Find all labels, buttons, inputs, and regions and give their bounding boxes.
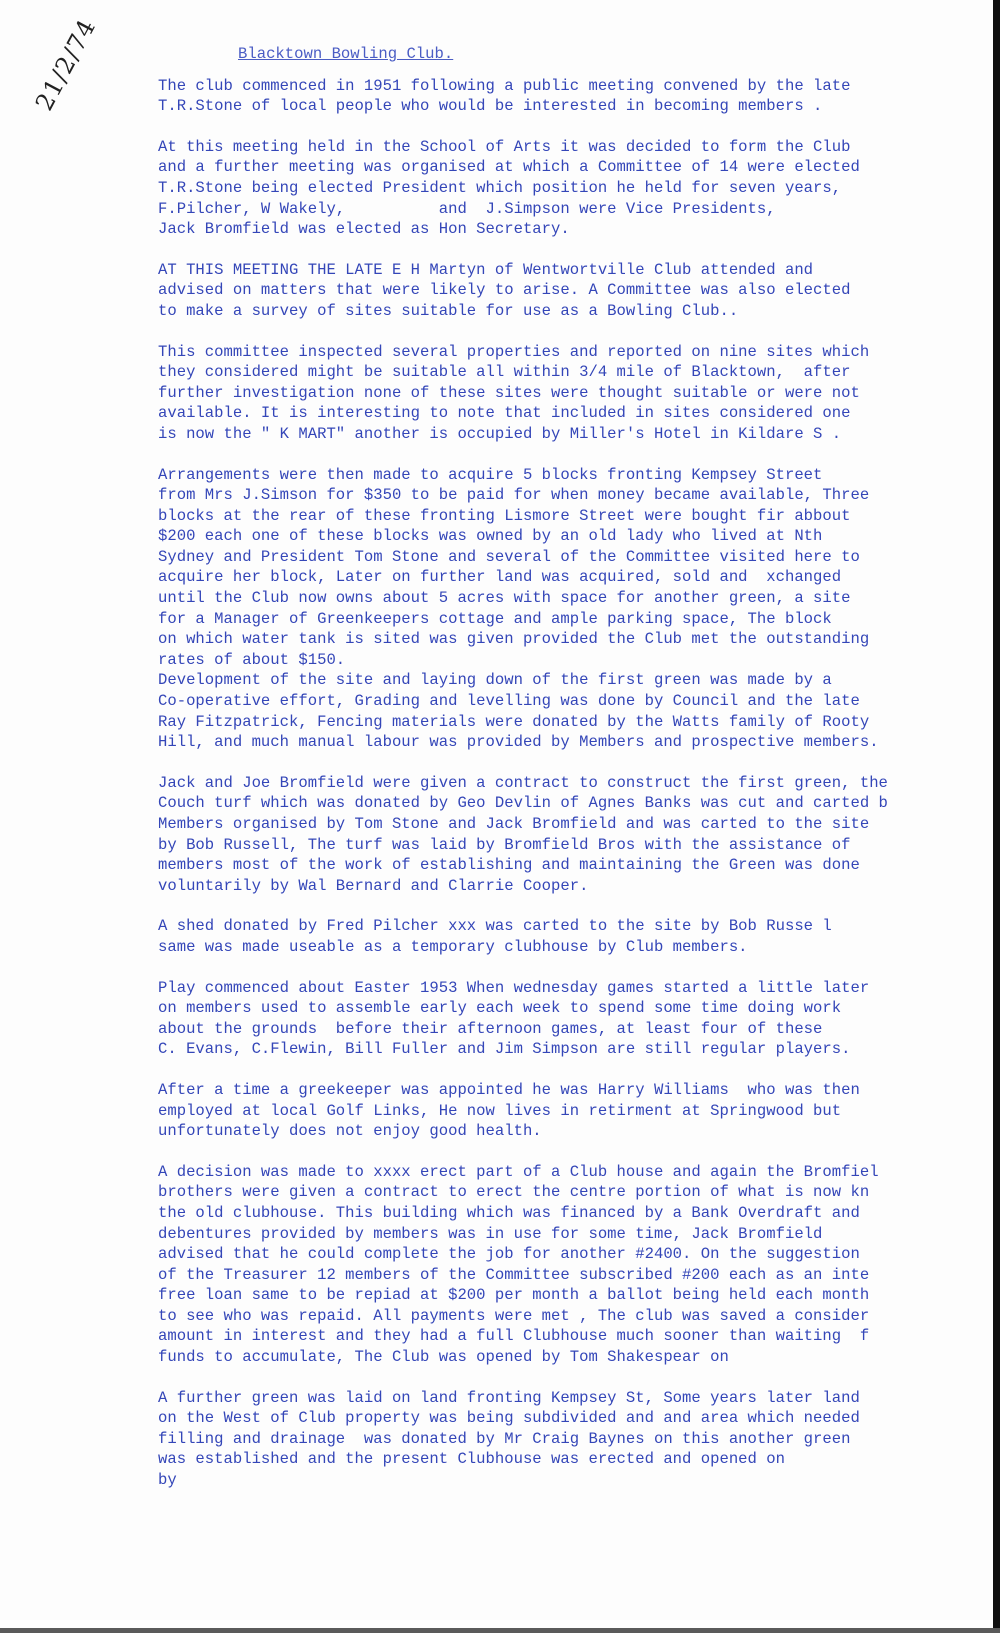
paragraph: This committee inspected several propert… (158, 342, 958, 445)
text-line: A decision was made to xxxx erect part o… (158, 1162, 958, 1183)
text-line: by (158, 1470, 958, 1491)
text-line: Arrangements were then made to acquire 5… (158, 465, 958, 486)
text-line: After a time a greekeeper was appointed … (158, 1080, 958, 1101)
text-line: voluntarily by Wal Bernard and Clarrie C… (158, 876, 958, 897)
text-line: free loan same to be repiad at $200 per … (158, 1285, 958, 1306)
text-line: At this meeting held in the School of Ar… (158, 137, 958, 158)
text-line: on the West of Club property was being s… (158, 1408, 958, 1429)
text-line: Development of the site and laying down … (158, 670, 958, 691)
text-line: F.Pilcher, W Wakely, and J.Simpson were … (158, 199, 958, 220)
text-line: was established and the present Clubhous… (158, 1449, 958, 1470)
paragraph: Arrangements were then made to acquire 5… (158, 465, 958, 671)
text-line: A further green was laid on land frontin… (158, 1388, 958, 1409)
text-line: blocks at the rear of these fronting Lis… (158, 506, 958, 527)
text-line: debentures provided by members was in us… (158, 1224, 958, 1245)
text-line: advised on matters that were likely to a… (158, 280, 958, 301)
text-line: about the grounds before their afternoon… (158, 1019, 958, 1040)
text-line: unfortunately does not enjoy good health… (158, 1121, 958, 1142)
text-line: C. Evans, C.Flewin, Bill Fuller and Jim … (158, 1039, 958, 1060)
text-line: from Mrs J.Simson for $350 to be paid fo… (158, 485, 958, 506)
text-line: and a further meeting was organised at w… (158, 157, 958, 178)
document-title: Blacktown Bowling Club. (238, 44, 958, 65)
text-line: employed at local Golf Links, He now liv… (158, 1101, 958, 1122)
text-line: members most of the work of establishing… (158, 855, 958, 876)
text-line: further investigation none of these site… (158, 383, 958, 404)
text-line: until the Club now owns about 5 acres wi… (158, 588, 958, 609)
text-line: same was made useable as a temporary clu… (158, 937, 958, 958)
document-body: The club commenced in 1951 following a p… (158, 76, 958, 1491)
paragraph: A shed donated by Fred Pilcher xxx was c… (158, 916, 958, 957)
text-line: brothers were given a contract to erect … (158, 1182, 958, 1203)
text-line: A shed donated by Fred Pilcher xxx was c… (158, 916, 958, 937)
text-line: Couch turf which was donated by Geo Devl… (158, 793, 958, 814)
text-line: of the Treasurer 12 members of the Commi… (158, 1265, 958, 1286)
text-line: filling and drainage was donated by Mr C… (158, 1429, 958, 1450)
text-line: AT THIS MEETING THE LATE E H Martyn of W… (158, 260, 958, 281)
text-line: Jack Bromfield was elected as Hon Secret… (158, 219, 958, 240)
paragraph: A further green was laid on land frontin… (158, 1388, 958, 1491)
text-line: for a Manager of Greenkeepers cottage an… (158, 609, 958, 630)
paragraph: At this meeting held in the School of Ar… (158, 137, 958, 240)
document-page: 21/2/74 Blacktown Bowling Club. The club… (0, 0, 990, 1628)
scan-edge-right (993, 0, 1000, 1633)
text-line: acquire her block, Later on further land… (158, 567, 958, 588)
text-line: The club commenced in 1951 following a p… (158, 76, 958, 97)
text-line: amount in interest and they had a full C… (158, 1326, 958, 1347)
typewritten-document: Blacktown Bowling Club. The club commenc… (158, 44, 958, 1511)
text-line: Hill, and much manual labour was provide… (158, 732, 958, 753)
text-line: by Bob Russell, The turf was laid by Bro… (158, 835, 958, 856)
text-line: on which water tank is sited was given p… (158, 629, 958, 650)
paragraph: Jack and Joe Bromfield were given a cont… (158, 773, 958, 897)
text-line: Sydney and President Tom Stone and sever… (158, 547, 958, 568)
paragraph: AT THIS MEETING THE LATE E H Martyn of W… (158, 260, 958, 322)
text-line: to make a survey of sites suitable for u… (158, 301, 958, 322)
text-line: on members used to assemble early each w… (158, 998, 958, 1019)
text-line: Ray Fitzpatrick, Fencing materials were … (158, 712, 958, 733)
paragraph: Development of the site and laying down … (158, 670, 958, 752)
text-line: available. It is interesting to note tha… (158, 403, 958, 424)
text-line: $200 each one of these blocks was owned … (158, 526, 958, 547)
paragraph: A decision was made to xxxx erect part o… (158, 1162, 958, 1368)
handwritten-date: 21/2/74 (30, 14, 101, 115)
text-line: is now the " K MART" another is occupied… (158, 424, 958, 445)
text-line: T.R.Stone of local people who would be i… (158, 96, 958, 117)
text-line: Play commenced about Easter 1953 When we… (158, 978, 958, 999)
paragraph: The club commenced in 1951 following a p… (158, 76, 958, 117)
text-line: funds to accumulate, The Club was opened… (158, 1347, 958, 1368)
text-line: Members organised by Tom Stone and Jack … (158, 814, 958, 835)
text-line: T.R.Stone being elected President which … (158, 178, 958, 199)
text-line: advised that he could complete the job f… (158, 1244, 958, 1265)
scan-edge-bottom (0, 1628, 1000, 1633)
text-line: rates of about $150. (158, 650, 958, 671)
text-line: This committee inspected several propert… (158, 342, 958, 363)
text-line: they considered might be suitable all wi… (158, 362, 958, 383)
text-line: Jack and Joe Bromfield were given a cont… (158, 773, 958, 794)
text-line: to see who was repaid. All payments were… (158, 1306, 958, 1327)
text-line: the old clubhouse. This building which w… (158, 1203, 958, 1224)
paragraph: Play commenced about Easter 1953 When we… (158, 978, 958, 1060)
text-line: Co-operative effort, Grading and levelli… (158, 691, 958, 712)
paragraph: After a time a greekeeper was appointed … (158, 1080, 958, 1142)
